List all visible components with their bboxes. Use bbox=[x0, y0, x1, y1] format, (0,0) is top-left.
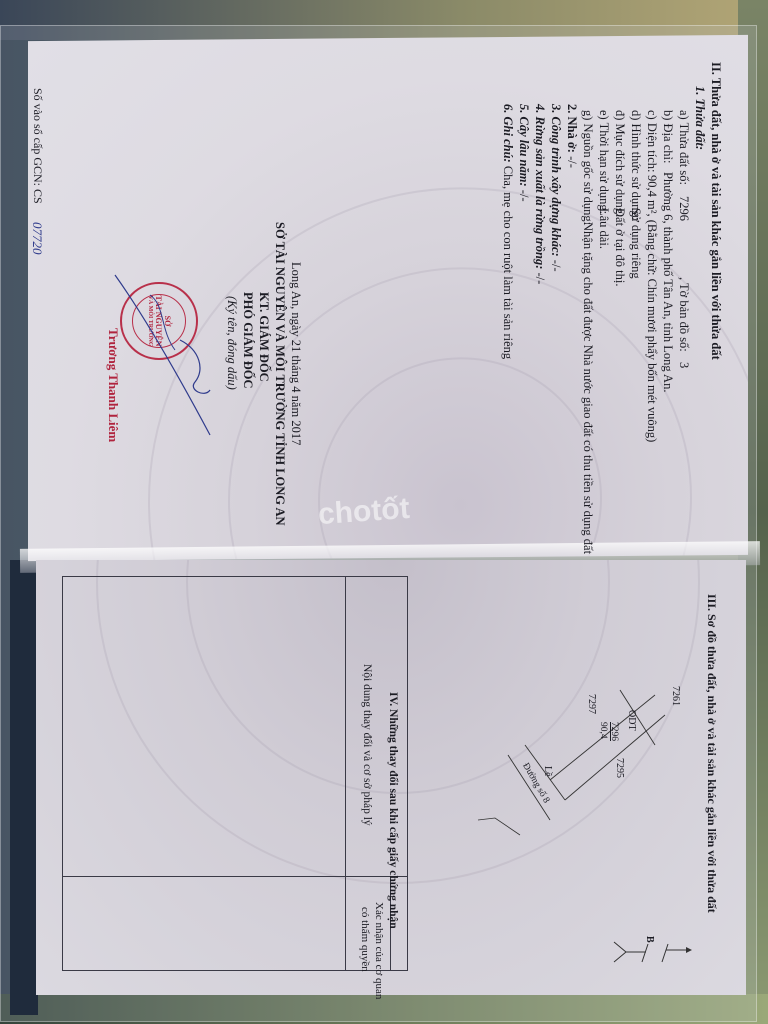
signature-scribble bbox=[110, 270, 220, 440]
table-divider bbox=[345, 576, 346, 971]
item-perennial-trees: 5. Cây lâu năm: -/- bbox=[518, 104, 531, 202]
signer-title-2: PHÓ GIÁM ĐỐC bbox=[242, 292, 255, 389]
field-address-label: b) Địa chỉ: bbox=[662, 110, 675, 163]
item-house: 2. Nhà ở: -/- bbox=[566, 104, 579, 168]
section2-heading: II. Thửa đất, nhà ở và tài sản khác gắn … bbox=[710, 62, 723, 360]
changes-table bbox=[62, 576, 408, 971]
map-label-7297: 7297 bbox=[586, 694, 596, 714]
field-usage-form-value: Sử dụng riêng bbox=[630, 208, 643, 279]
field-origin-label: g) Nguồn gốc sử dụng: bbox=[582, 110, 595, 225]
field-term-value: Lâu dài. bbox=[598, 208, 611, 249]
field-area-label: c) Diện tích: bbox=[646, 110, 659, 172]
field-term-label: e) Thời hạn sử dụng: bbox=[598, 110, 611, 214]
item-note: 6. Ghi chú: Cha, mẹ cho con ruột làm tài… bbox=[502, 104, 515, 359]
folder-edge bbox=[10, 560, 38, 1015]
map-label-edge: Lề bbox=[542, 766, 552, 777]
field-address-value: Phường 6, thành phố Tân An, tỉnh Long An… bbox=[662, 172, 675, 392]
item-production-forest: 4. Rừng sản xuất là rừng trồng: -/- bbox=[534, 104, 547, 284]
sign-note: (Ký tên, đóng dấu) bbox=[226, 296, 239, 390]
item-other-construction: 3. Công trình xây dựng khác: -/- bbox=[550, 104, 563, 272]
field-map-sheet-label: , Tờ bản đồ số: bbox=[678, 277, 691, 352]
map-label-7296: 7296 bbox=[609, 722, 619, 741]
section-marker-label: B bbox=[644, 936, 654, 943]
table-divider bbox=[62, 876, 408, 877]
signer-title-1: KT. GIÁM ĐỐC bbox=[258, 292, 271, 382]
field-purpose-value: Đất ở tại đô thị. bbox=[614, 208, 627, 286]
field-parcel-number-value: 7296 bbox=[678, 196, 691, 221]
section2-sub1: 1. Thửa đất: bbox=[694, 86, 707, 150]
map-label-7295: 7295 bbox=[614, 758, 624, 778]
field-purpose-label: đ) Mục đích sử dụng: bbox=[614, 110, 627, 217]
field-parcel-number-label: a) Thửa đất số: bbox=[678, 110, 691, 185]
issue-date: Long An, ngày 21 tháng 4 năm 2017 bbox=[290, 262, 303, 445]
column-confirmation-line1: Xác nhận của cơ quan bbox=[373, 902, 384, 999]
issuing-agency: SỞ TÀI NGUYÊN VÀ MÔI TRƯỜNG TỈNH LONG AN bbox=[274, 222, 287, 526]
registry-number: 07720 bbox=[31, 222, 44, 255]
field-area-value: 90,4 m², (Bằng chữ: Chín mươi phẩy bốn m… bbox=[646, 175, 659, 442]
registry-label: Số vào sổ cấp GCN: CS bbox=[32, 88, 44, 204]
section4-heading: IV. Những thay đổi sau khi cấp giấy chứn… bbox=[387, 692, 399, 929]
field-origin-value: Nhận tặng cho đất được Nhà nước giao đất… bbox=[582, 222, 595, 554]
map-label-7261: 7261 bbox=[670, 686, 680, 706]
map-label-area: 90,4 bbox=[598, 722, 608, 739]
column-change-content: Nội dung thay đổi và cơ sở pháp lý bbox=[361, 664, 373, 826]
field-map-sheet-value: 3 bbox=[678, 362, 691, 368]
map-label-odt: ODT bbox=[626, 710, 636, 731]
column-confirmation-line2: có thẩm quyền bbox=[359, 907, 370, 972]
watermark: chotốt bbox=[317, 492, 411, 532]
field-usage-form-label: d) Hình thức sử dụng: bbox=[630, 110, 643, 220]
